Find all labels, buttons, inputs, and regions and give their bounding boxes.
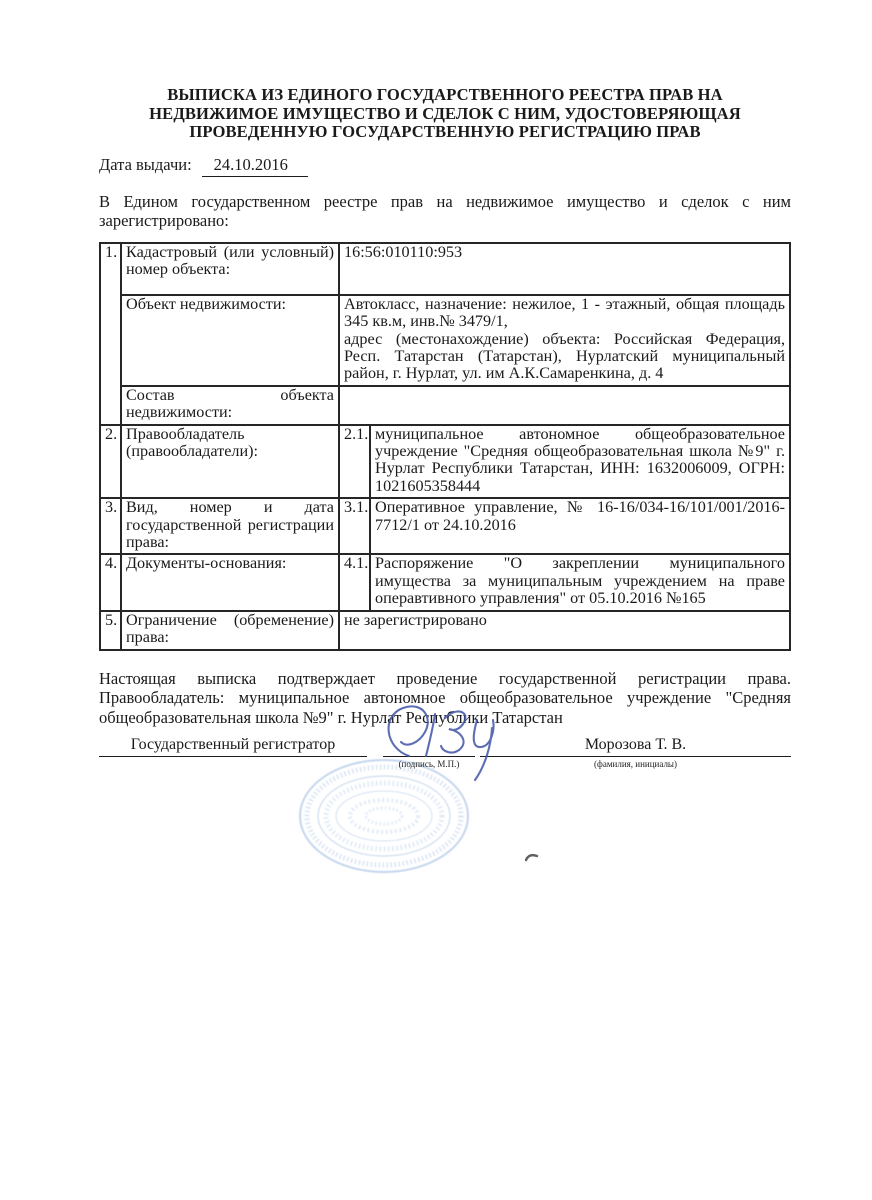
signature-block: Государственный регистратор (подпись, М.… — [99, 736, 791, 769]
row-value-registration: Оперативное управление, № 16-16/034-16/1… — [370, 498, 790, 554]
closing-paragraph: Настоящая выписка подтверждает проведени… — [99, 669, 791, 728]
row-value-object-description: Автокласс, назначение: нежилое, 1 - этаж… — [339, 295, 790, 386]
signature-caption: (подпись, М.П.) — [383, 757, 475, 769]
row-label: Объект недвижимости: — [121, 295, 339, 386]
row-label: Вид, номер и дата государственной регист… — [121, 498, 339, 554]
table-row-composition: Состав объекта недвижимости: — [100, 386, 790, 425]
table-row-registration: 3. Вид, номер и дата государственной рег… — [100, 498, 790, 554]
registrar-name: Морозова Т. В. — [480, 736, 791, 757]
registrar-label: Государственный регистратор — [99, 736, 367, 757]
row-value-composition — [339, 386, 790, 425]
document-content: ВЫПИСКА ИЗ ЕДИНОГО ГОСУДАРСТВЕННОГО РЕЕС… — [99, 86, 791, 769]
row-subnumber: 2.1. — [339, 425, 370, 499]
row-value-rightholder: муниципальное автономное общеобразовател… — [370, 425, 790, 499]
row-subnumber: 3.1. — [339, 498, 370, 554]
row-number: 4. — [100, 554, 121, 610]
row-label: Состав объекта недвижимости: — [121, 386, 339, 425]
table-row-cadastral: 1. Кадастровый (или условный) номер объе… — [100, 243, 790, 295]
issue-date-label: Дата выдачи: — [99, 155, 192, 174]
row-label: Ограничение (обременение) права: — [121, 611, 339, 650]
row-number: 5. — [100, 611, 121, 650]
row-value-documents: Распоряжение "О закреплении муниципально… — [370, 554, 790, 610]
signature-line — [383, 736, 475, 757]
official-seal-stamp-icon — [296, 756, 472, 876]
table-row-documents: 4. Документы-основания: 4.1. Распоряжени… — [100, 554, 790, 610]
row-label: Кадастровый (или условный) номер объекта… — [121, 243, 339, 295]
issue-date-value: 24.10.2016 — [202, 155, 308, 177]
signature-segment: (подпись, М.П.) — [383, 736, 475, 769]
row-subnumber: 4.1. — [339, 554, 370, 610]
document-title: ВЫПИСКА ИЗ ЕДИНОГО ГОСУДАРСТВЕННОГО РЕЕС… — [99, 86, 791, 142]
registrar-segment: Государственный регистратор — [99, 736, 367, 757]
row-label: Документы-основания: — [121, 554, 339, 610]
ink-smudge-icon — [525, 852, 539, 863]
registry-table: 1. Кадастровый (или условный) номер объе… — [99, 242, 791, 651]
row-label: Правообладатель (правообладатели): — [121, 425, 339, 499]
issue-date-line: Дата выдачи:24.10.2016 — [99, 155, 791, 177]
name-segment: Морозова Т. В. (фамилия, инициалы) — [480, 736, 791, 769]
row-value-cadastral-number: 16:56:010110:953 — [339, 243, 790, 295]
table-row-rightholder: 2. Правообладатель (правообладатели): 2.… — [100, 425, 790, 499]
table-row-object: Объект недвижимости: Автокласс, назначен… — [100, 295, 790, 386]
row-number: 2. — [100, 425, 121, 499]
row-number: 3. — [100, 498, 121, 554]
intro-paragraph: В Едином государственном реестре прав на… — [99, 192, 791, 231]
table-row-encumbrance: 5. Ограничение (обременение) права: не з… — [100, 611, 790, 650]
row-number: 1. — [100, 243, 121, 425]
scanned-document-page: ВЫПИСКА ИЗ ЕДИНОГО ГОСУДАРСТВЕННОГО РЕЕС… — [0, 0, 872, 1200]
row-value-encumbrance: не зарегистрировано — [339, 611, 790, 650]
name-caption: (фамилия, инициалы) — [480, 757, 791, 769]
